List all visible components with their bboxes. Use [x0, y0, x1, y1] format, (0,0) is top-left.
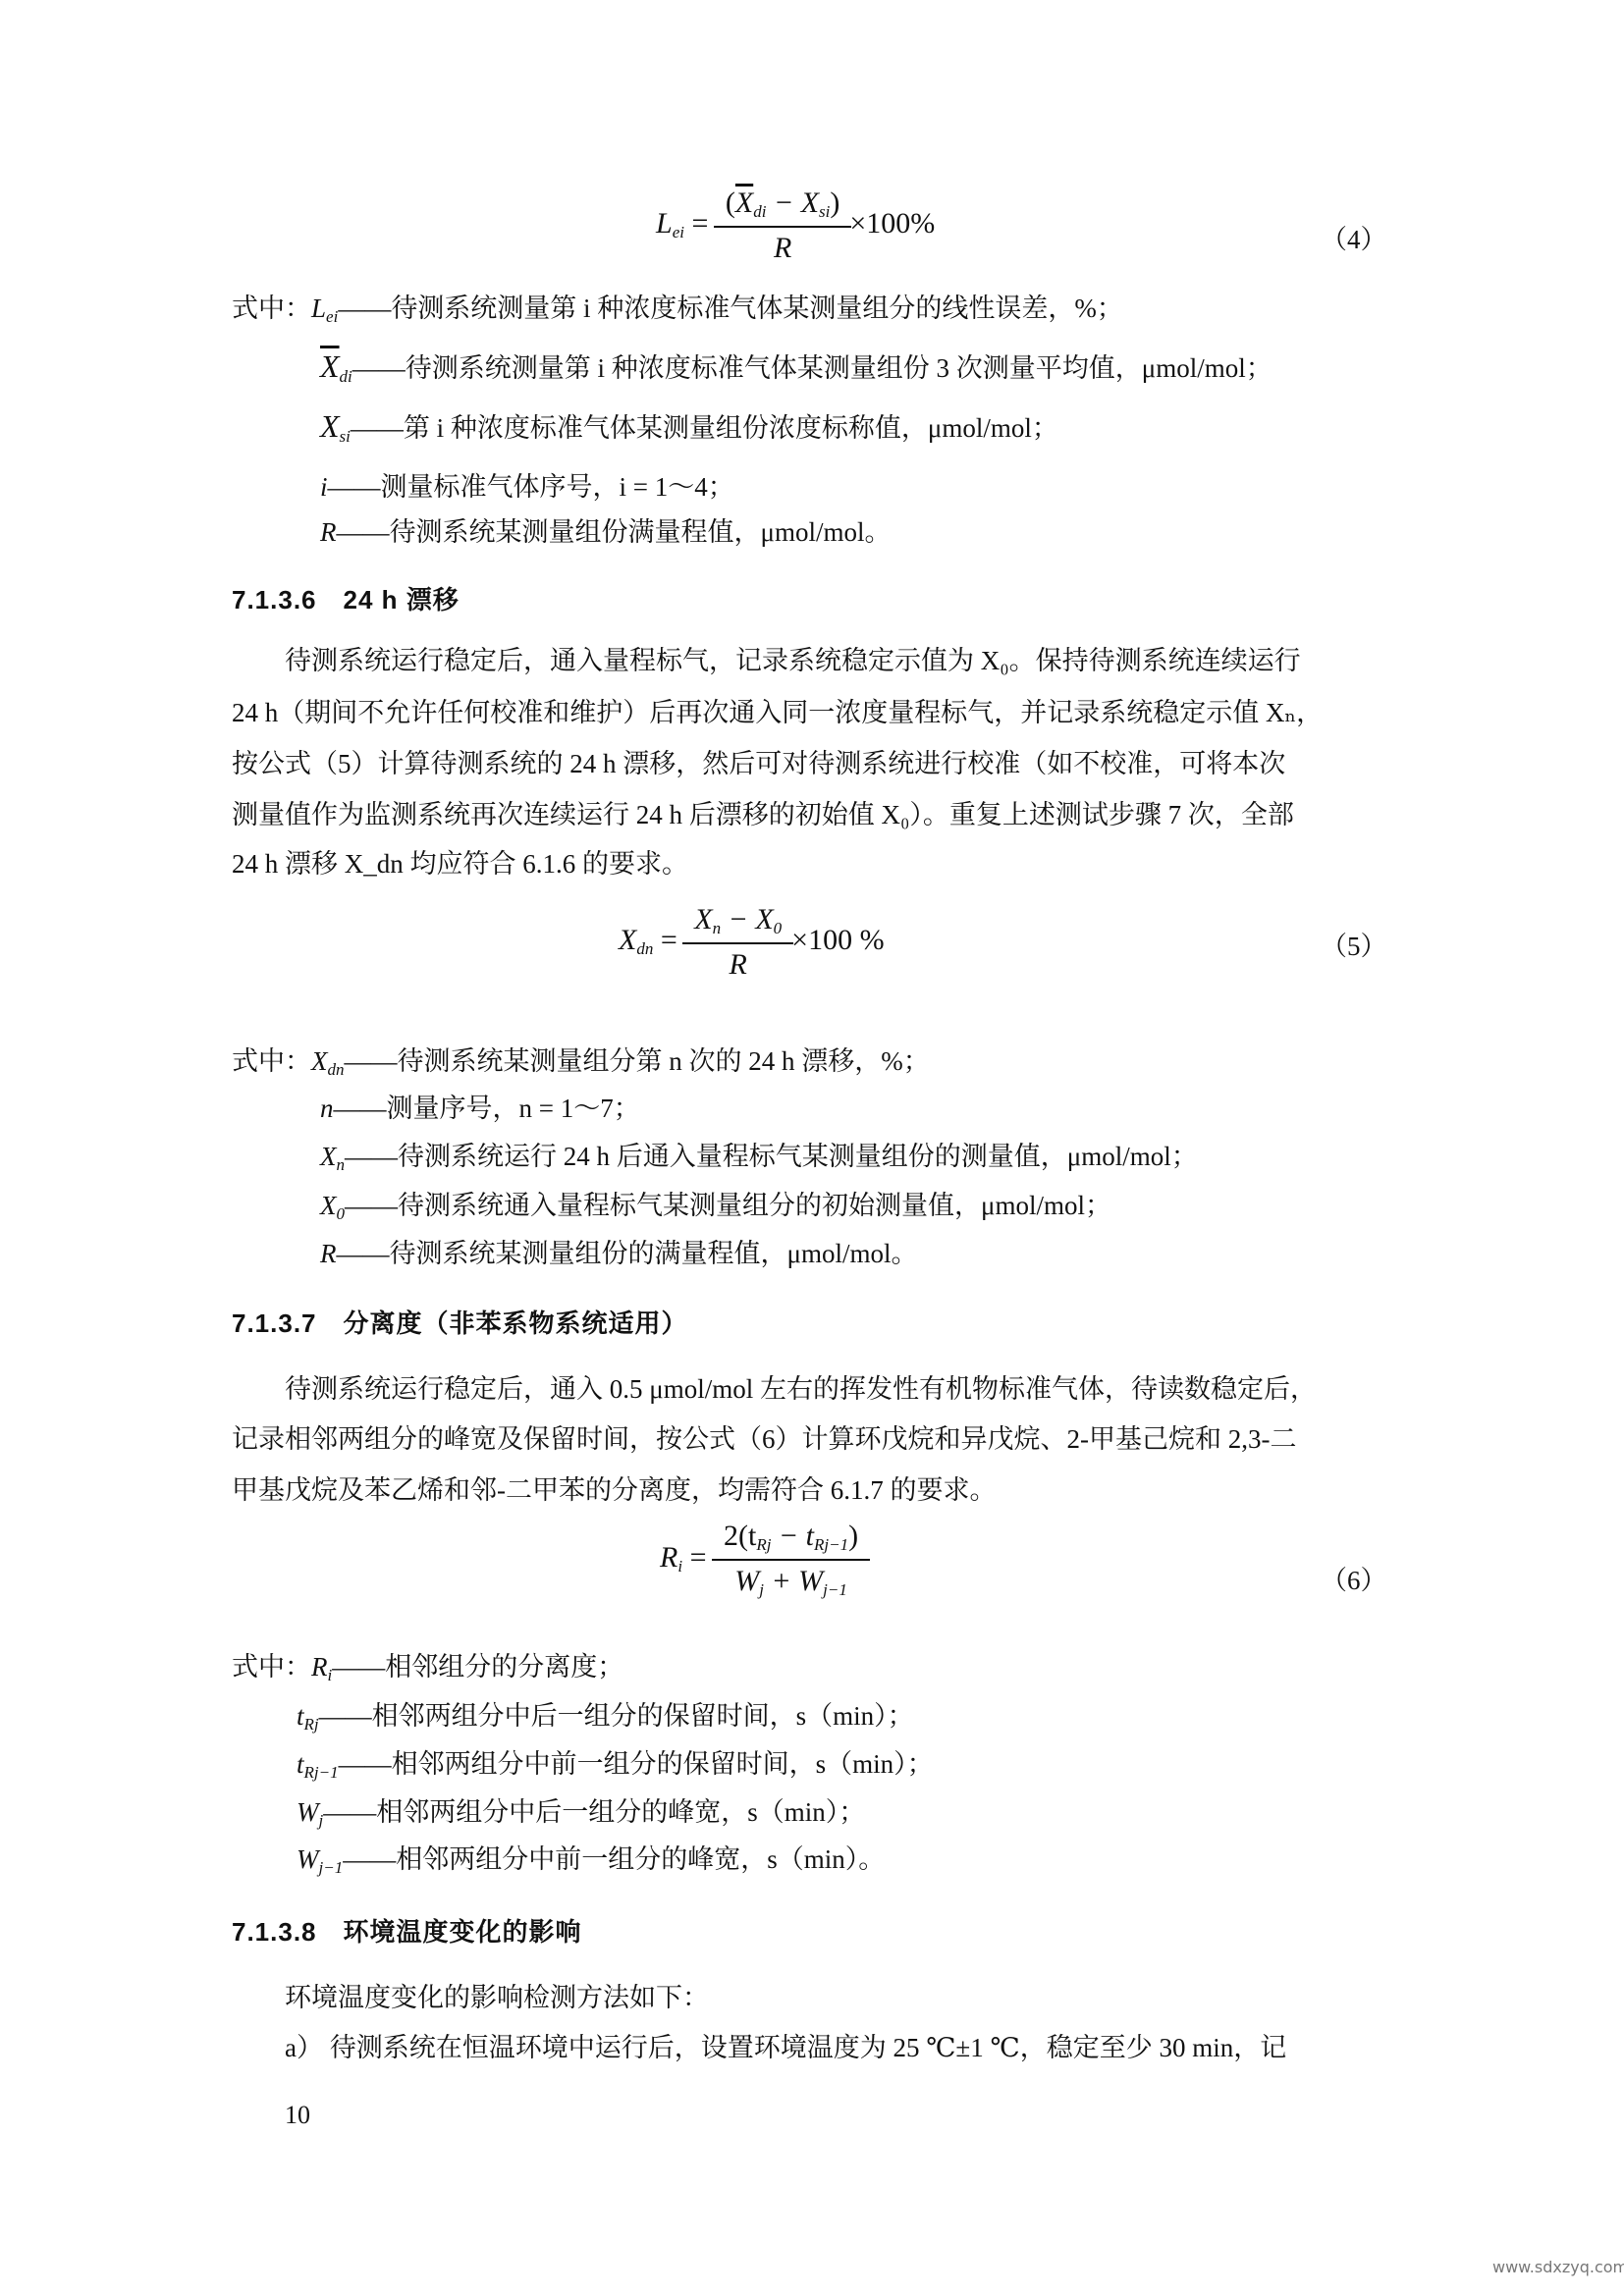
- paragraph-line: 24 h 漂移 X_dn 均应符合 6.1.6 的要求。: [232, 846, 688, 881]
- definition-line: Xsi——第 i 种浓度标准气体某测量组份浓度标称值，μmol/mol；: [320, 408, 1058, 454]
- definition-line: X0——待测系统通入量程标气某测量组分的初始测量值，μmol/mol；: [320, 1188, 1111, 1232]
- definition-line: tRj−1——相邻两组分中前一组分的保留时间，s（min）；: [297, 1746, 934, 1790]
- paragraph-line: 环境温度变化的影响检测方法如下：: [232, 1980, 709, 2015]
- definition-line: 式中：Lei——待测系统测量第 i 种浓度标准气体某测量组分的线性误差，%；: [232, 291, 1123, 335]
- list-item-a: a） 待测系统在恒温环境中运行后，设置环境温度为 25 ℃±1 ℃，稳定至少 3…: [232, 2030, 1286, 2065]
- equation-number-6: （6）: [1321, 1559, 1387, 1597]
- definition-line: 式中：Ri——相邻组分的分离度；: [232, 1649, 623, 1693]
- watermark: www.sdxzyq.com: [1492, 2258, 1624, 2276]
- formula-6-fraction: 2(tRj − tRj−1) Wj + Wj−1: [718, 1520, 864, 1600]
- formula-6: Ri = 2(tRj − tRj−1) Wj + Wj−1: [660, 1520, 868, 1600]
- section-heading-7138: 7.1.3.8 环境温度变化的影响: [232, 1914, 582, 1949]
- paragraph-line: 记录相邻两组分的峰宽及保留时间，按公式（6）计算环戊烷和异戊烷、2-甲基己烷和 …: [232, 1421, 1296, 1457]
- section-heading-7136: 7.1.3.6 24 h 漂移: [232, 582, 460, 617]
- paragraph-line: 待测系统运行稳定后，通入量程标气，记录系统稳定示值为 X₀。保持待测系统连续运行: [232, 643, 1301, 678]
- definition-line: Wj−1——相邻两组分中前一组分的峰宽，s（min）。: [297, 1842, 885, 1886]
- definition-line: Xdi——待测系统测量第 i 种浓度标准气体某测量组份 3 次测量平均值，μmo…: [320, 348, 1272, 395]
- definition-line: Xn——待测系统运行 24 h 后通入量程标气某测量组份的测量值，μmol/mo…: [320, 1139, 1198, 1183]
- formula-4-lhs: Lei: [656, 207, 684, 240]
- paragraph-line: 按公式（5）计算待测系统的 24 h 漂移，然后可对待测系统进行校准（如不校准，…: [232, 746, 1285, 781]
- formula-4: Lei = (Xdi − Xsi) R ×100%: [656, 187, 935, 265]
- paragraph-line: 待测系统运行稳定后，通入 0.5 μmol/mol 左右的挥发性有机物标准气体，…: [232, 1371, 1317, 1407]
- definition-line: 式中：Xdn——待测系统某测量组分第 n 次的 24 h 漂移，%；: [232, 1043, 930, 1088]
- definition-line: Wj——相邻两组分中后一组分的峰宽，s（min）；: [297, 1794, 865, 1839]
- equation-number-5: （5）: [1321, 925, 1387, 963]
- paragraph-line: 24 h（期间不允许任何校准和维护）后再次通入同一浓度量程标气，并记录系统稳定示…: [232, 695, 1323, 730]
- paragraph-line: 甲基戊烷及苯乙烯和邻-二甲苯的分离度，均需符合 6.1.7 的要求。: [232, 1472, 997, 1508]
- section-heading-7137: 7.1.3.7 分离度（非苯系物系统适用）: [232, 1306, 688, 1341]
- formula-5-fraction: Xn − X0 R: [688, 903, 787, 982]
- definition-line: R——待测系统某测量组份满量程值，μmol/mol。: [320, 514, 891, 550]
- formula-4-fraction: (Xdi − Xsi) R: [720, 187, 845, 265]
- paragraph-line: 测量值作为监测系统再次连续运行 24 h 后漂移的初始值 X₀）。重复上述测试步…: [232, 797, 1294, 832]
- definition-line: i——测量标准气体序号，i = 1～4；: [320, 469, 734, 505]
- page-number: 10: [285, 2101, 310, 2130]
- definition-line: n——测量序号，n = 1～7；: [320, 1091, 640, 1126]
- formula-5: Xdn = Xn − X0 R ×100 %: [619, 903, 885, 982]
- equation-number-4: （4）: [1321, 218, 1387, 256]
- definition-line: R——待测系统某测量组份的满量程值，μmol/mol。: [320, 1236, 917, 1271]
- definition-line: tRj——相邻两组分中后一组分的保留时间，s（min）；: [297, 1698, 914, 1742]
